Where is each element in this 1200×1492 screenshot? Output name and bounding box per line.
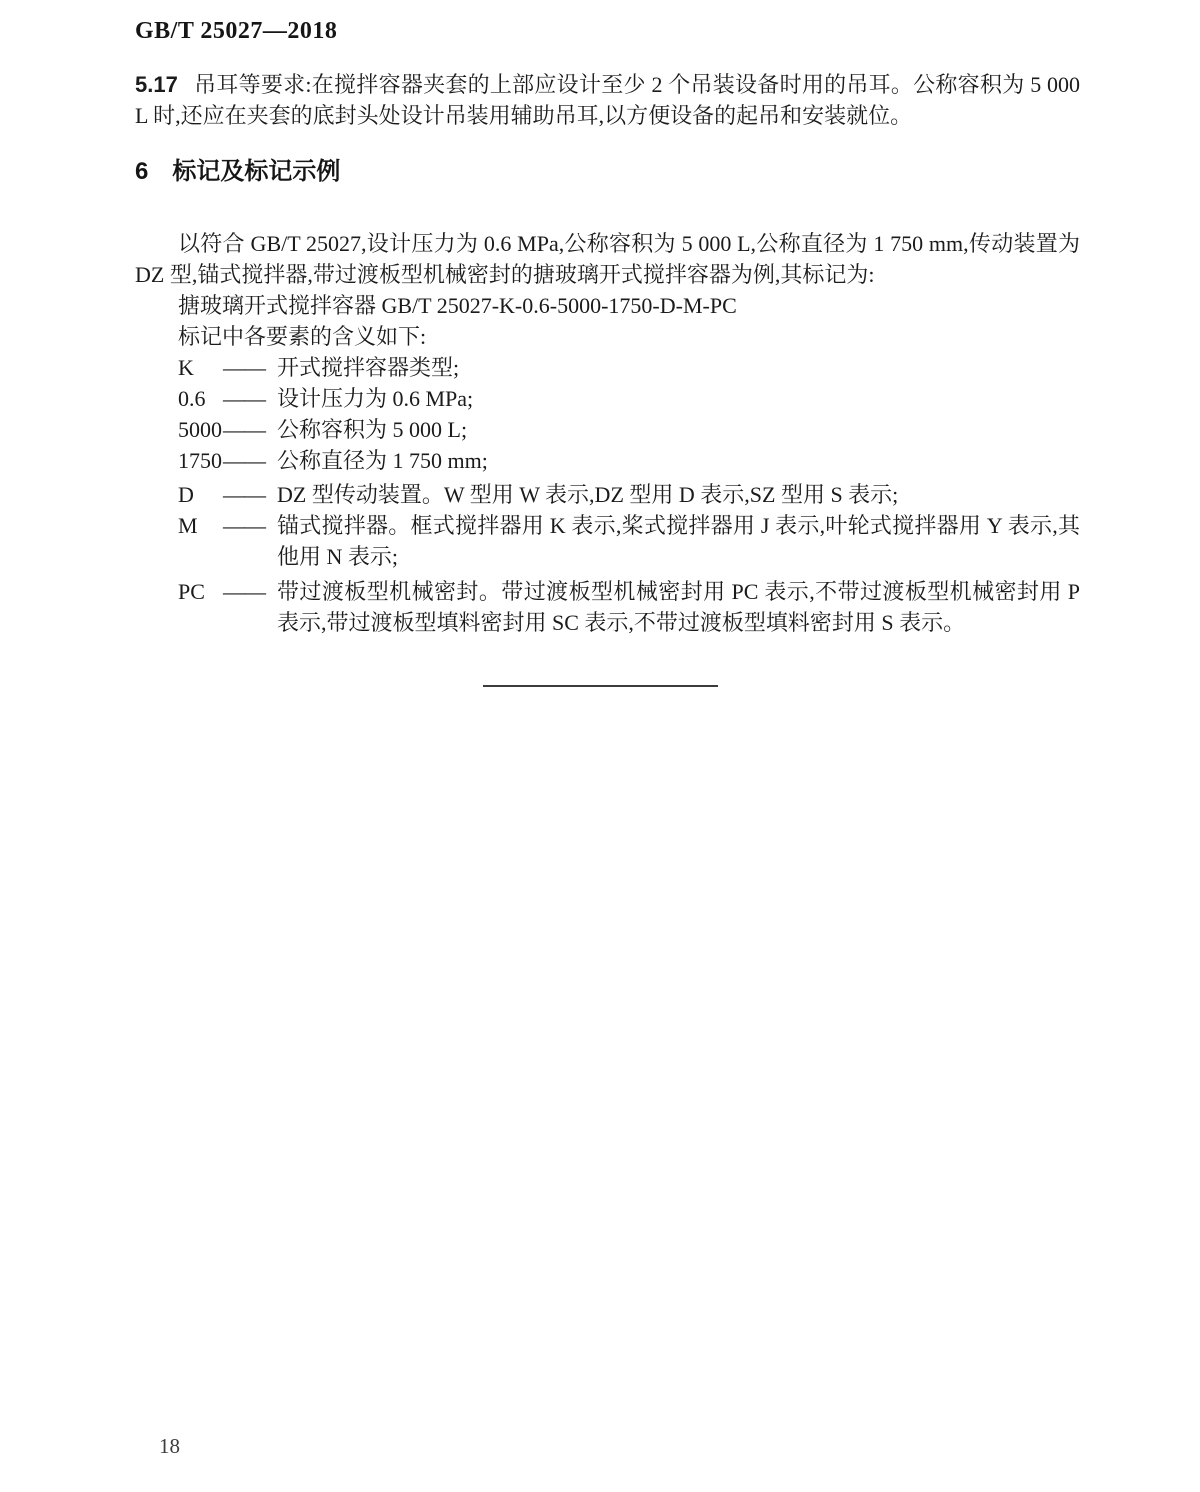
standard-number-header: GB/T 25027—2018 — [135, 16, 1080, 47]
legend-item-d: D —— DZ 型传动装置。W 型用 W 表示,DZ 型用 D 表示,SZ 型用… — [135, 479, 1080, 510]
em-dash: —— — [223, 414, 265, 445]
clause-6-title: 标记及标记示例 — [172, 158, 340, 185]
legend-code: 1750 — [178, 445, 222, 476]
em-dash: —— — [223, 510, 265, 541]
legend-meaning: 带过渡板型机械密封。带过渡板型机械密封用 PC 表示,不带过渡板型机械密封用 P… — [277, 579, 1080, 635]
legend-meaning: DZ 型传动装置。W 型用 W 表示,DZ 型用 D 表示,SZ 型用 S 表示… — [277, 482, 898, 507]
legend-meaning: 公称直径为 1 750 mm; — [277, 448, 488, 473]
legend-item-5000: 5000 —— 公称容积为 5 000 L; — [135, 414, 1080, 445]
legend-item-m: M —— 锚式搅拌器。框式搅拌器用 K 表示,桨式搅拌器用 J 表示,叶轮式搅拌… — [135, 510, 1080, 572]
page-number: 18 — [159, 1433, 180, 1459]
legend-code: D — [178, 479, 194, 510]
legend-meaning: 公称容积为 5 000 L; — [277, 417, 467, 442]
legend-meaning: 设计压力为 0.6 MPa; — [277, 386, 473, 411]
legend-code: 5000 — [178, 414, 222, 445]
em-dash: —— — [223, 479, 265, 510]
clause-5-17-text: 吊耳等要求:在搅拌容器夹套的上部应设计至少 2 个吊装设备时用的吊耳。公称容积为… — [135, 72, 1080, 128]
clause-6-intro-paragraph: 以符合 GB/T 25027,设计压力为 0.6 MPa,公称容积为 5 000… — [135, 228, 1080, 290]
document-page: GB/T 25027—2018 5.17吊耳等要求:在搅拌容器夹套的上部应设计至… — [0, 0, 1200, 1492]
end-of-text-rule — [483, 685, 718, 687]
legend-meaning: 锚式搅拌器。框式搅拌器用 K 表示,桨式搅拌器用 J 表示,叶轮式搅拌器用 Y … — [277, 513, 1080, 569]
legend-item-0-6: 0.6 —— 设计压力为 0.6 MPa; — [135, 383, 1080, 414]
clause-5-17-number: 5.17 — [135, 72, 178, 97]
legend-item-k: K —— 开式搅拌容器类型; — [135, 352, 1080, 383]
legend-intro-line: 标记中各要素的含义如下: — [178, 321, 1080, 352]
legend-meaning: 开式搅拌容器类型; — [277, 355, 459, 380]
clause-5-17-paragraph: 5.17吊耳等要求:在搅拌容器夹套的上部应设计至少 2 个吊装设备时用的吊耳。公… — [135, 69, 1080, 131]
clause-6-heading: 6标记及标记示例 — [135, 156, 1080, 187]
em-dash: —— — [223, 576, 265, 607]
clause-6-number: 6 — [135, 158, 148, 185]
legend-code: K — [178, 352, 194, 383]
page-content: GB/T 25027—2018 5.17吊耳等要求:在搅拌容器夹套的上部应设计至… — [135, 0, 1080, 687]
legend-code: 0.6 — [178, 383, 206, 414]
legend-code: PC — [178, 576, 205, 607]
em-dash: —— — [223, 445, 265, 476]
legend-item-pc: PC —— 带过渡板型机械密封。带过渡板型机械密封用 PC 表示,不带过渡板型机… — [135, 576, 1080, 638]
legend-code: M — [178, 510, 198, 541]
designation-example-line: 搪玻璃开式搅拌容器 GB/T 25027-K-0.6-5000-1750-D-M… — [178, 290, 1080, 321]
legend-item-1750: 1750 —— 公称直径为 1 750 mm; — [135, 445, 1080, 476]
designation-legend-list: K —— 开式搅拌容器类型; 0.6 —— 设计压力为 0.6 MPa; 500… — [135, 352, 1080, 638]
em-dash: —— — [223, 383, 265, 414]
em-dash: —— — [223, 352, 265, 383]
